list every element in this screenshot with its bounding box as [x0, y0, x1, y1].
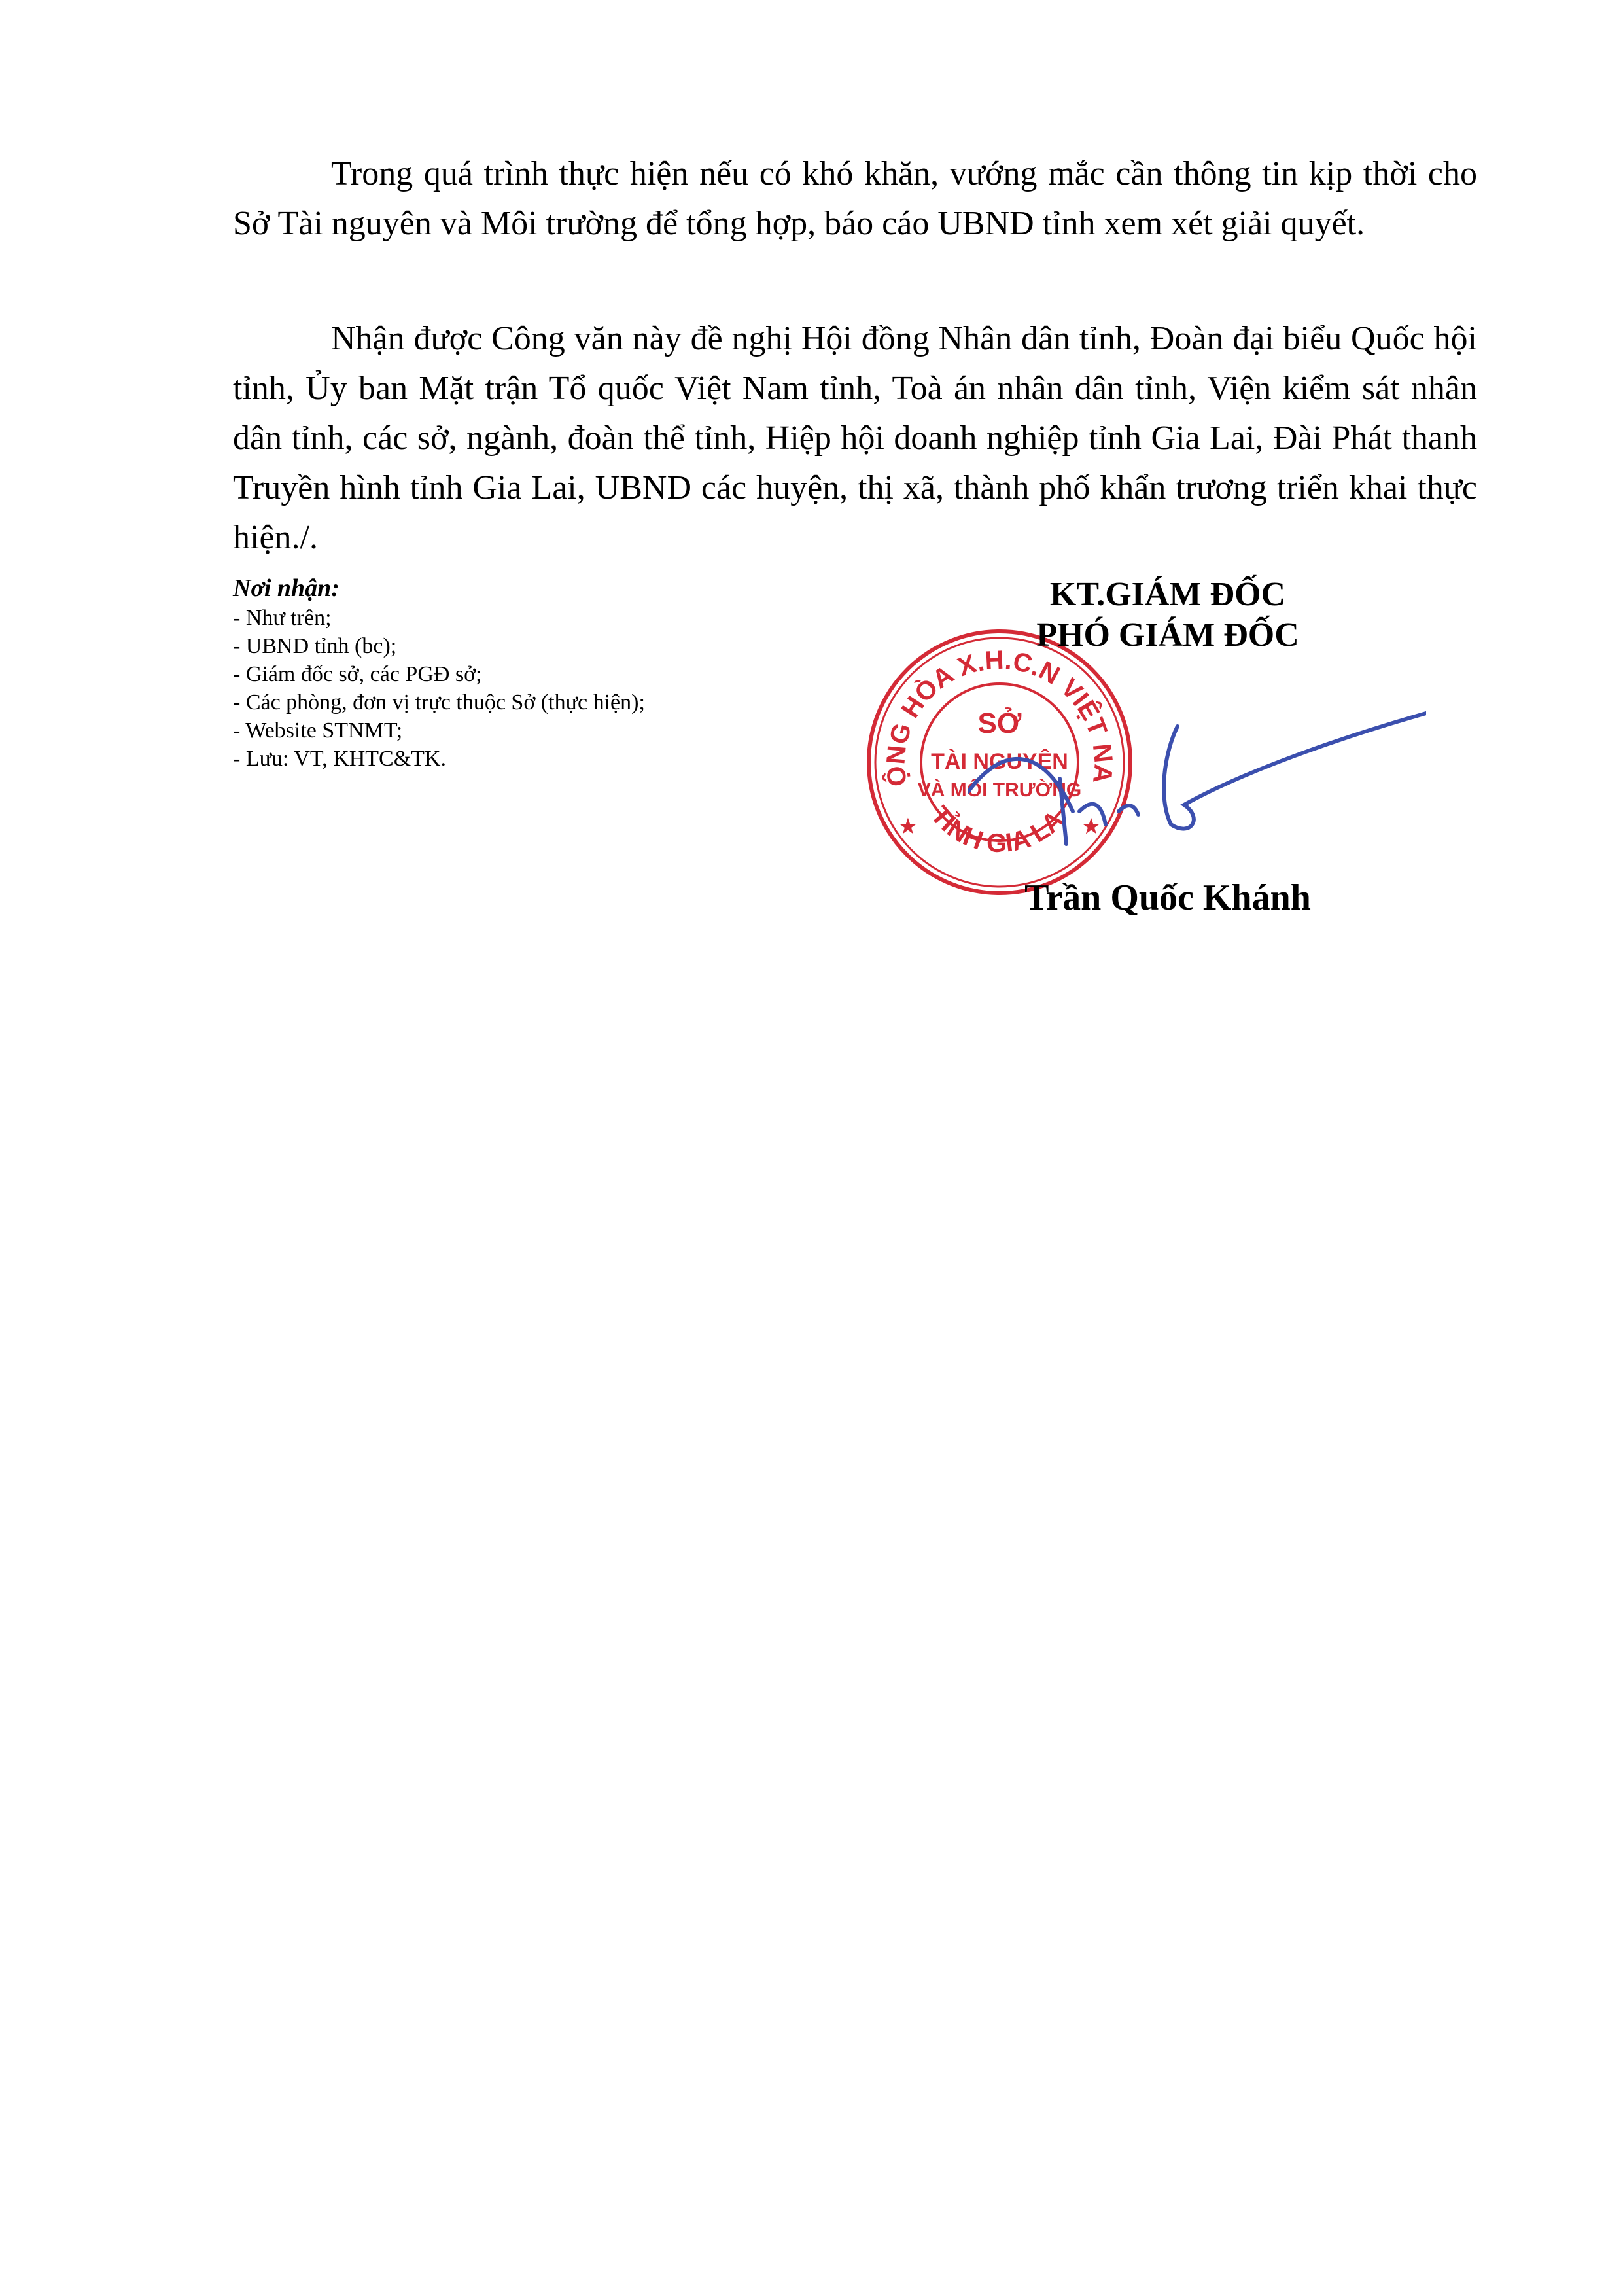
recipient-item: - Các phòng, đơn vị trực thuộc Sở (thực … [233, 688, 645, 716]
handwritten-signature-icon [968, 700, 1426, 857]
body-paragraph-2: Nhận được Công văn này đề nghị Hội đồng … [233, 314, 1477, 563]
recipients-title: Nơi nhận: [233, 574, 645, 603]
signer-name: Trần Quốc Khánh [916, 877, 1420, 919]
recipients-block: Nơi nhận: - Như trên; - UBND tỉnh (bc); … [233, 574, 645, 773]
svg-text:★: ★ [899, 816, 917, 838]
recipient-item: - Lưu: VT, KHTC&TK. [233, 745, 645, 773]
signer-role-line1: KT.GIÁM ĐỐC [916, 574, 1420, 615]
body-paragraph-1: Trong quá trình thực hiện nếu có khó khă… [233, 149, 1477, 249]
recipient-item: - UBND tỉnh (bc); [233, 632, 645, 660]
recipient-item: - Website STNMT; [233, 716, 645, 745]
signer-role-line2: PHÓ GIÁM ĐỐC [916, 615, 1420, 656]
recipient-item: - Giám đốc sở, các PGĐ sở; [233, 660, 645, 688]
signature-block: KT.GIÁM ĐỐC PHÓ GIÁM ĐỐC Trần Quốc Khánh [916, 574, 1420, 656]
recipient-item: - Như trên; [233, 604, 645, 632]
